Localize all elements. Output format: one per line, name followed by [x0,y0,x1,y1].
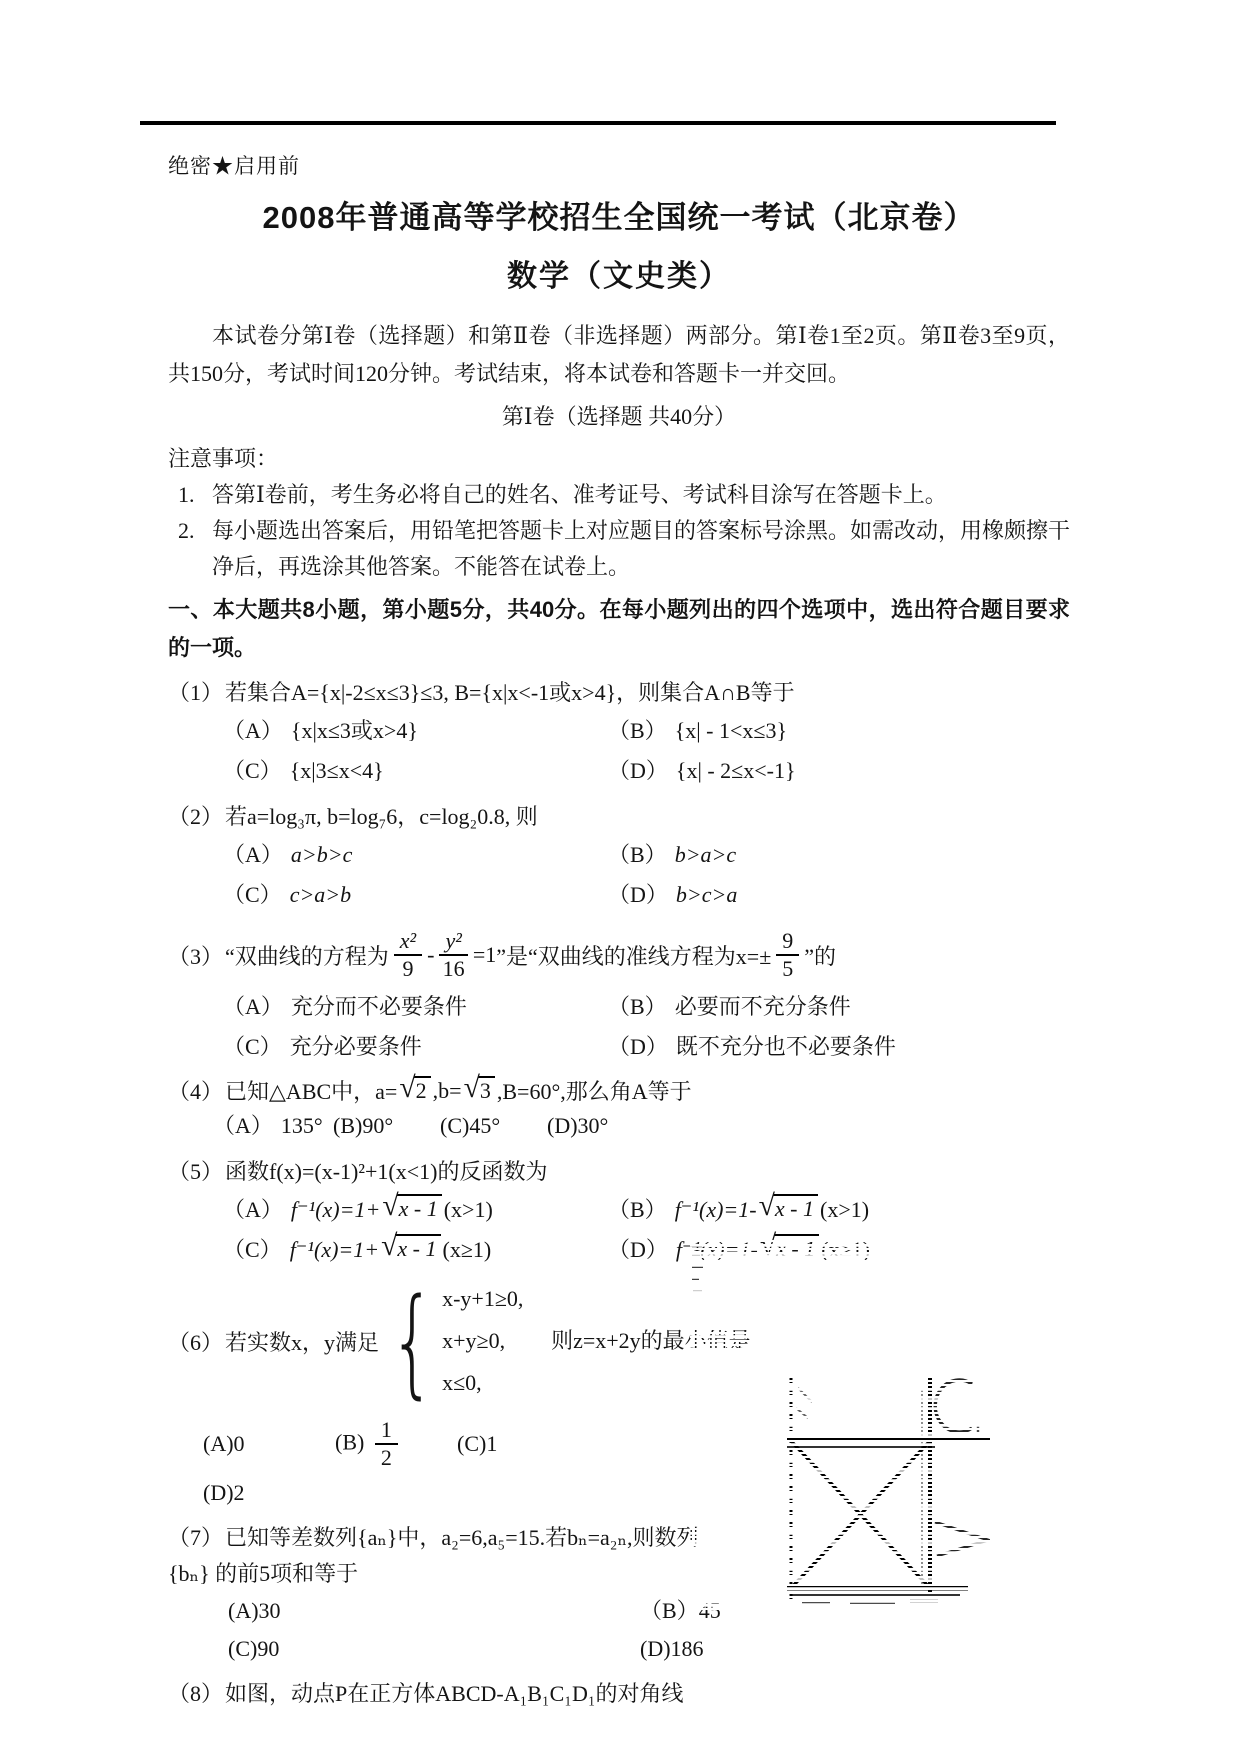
page-subtitle: 数学（文史类） [168,251,1070,295]
page-title: 2008年普通高等学校招生全国统一考试（北京卷） [168,192,1070,237]
system-brace: { [389,1282,436,1400]
question-5-stem: （5）函数f(x)=(x-1)²+1(x<1)的反函数为 [168,1154,1070,1190]
question-2: （2）若a=log₃π, b=log₇6，c=log₂0.8, 则 （A）a>b… [168,799,1070,915]
option-label: （C） [223,758,282,783]
option-label: (C) [228,1636,257,1661]
question-1-options: （A）{x|x≤3或x>4} （B）{x| - 1<x≤3} （C）{x|3≤x… [223,711,1070,791]
note-item-2: 2. 每小题选出答案后，用铅笔把答题卡上对应题目的答案标号涂黑。如需改动，用橡颇… [168,513,1070,585]
sqrt-3: √3 [464,1076,495,1106]
option-c: （C）{x|3≤x<4} [223,751,608,791]
option-c: （C）c>a>b [223,875,608,915]
option-b: (B)90° [333,1106,440,1146]
option-label: (B) [335,1429,364,1454]
option-label: (C) [457,1431,486,1456]
option-text: {x|x≤3或x>4} [291,718,418,743]
option-a: （A）{x|x≤3或x>4} [223,711,608,751]
exam-page: 绝密★启用前 2008年普通高等学校招生全国统一考试（北京卷） 数学（文史类） … [0,0,1241,1754]
option-label: （D） [608,1237,668,1262]
option-label: （C） [223,882,282,907]
option-a: （A）f⁻¹(x)=1+√x - 1(x>1) [223,1190,608,1230]
note-number: 1. [168,477,212,513]
option-text: c>a>b [290,882,351,907]
stem-text: 如图，动点P在正方体ABCD-A₁B₁C₁D₁的对角线 [225,1681,684,1706]
question-2-stem: （2）若a=log₃π, b=log₇6，c=log₂0.8, 则 [168,799,1070,835]
option-text: b>c>a [676,882,737,907]
stem-text: ,b= [433,1078,462,1104]
option-text: 30° [578,1113,609,1138]
question-number: （2） [168,804,223,829]
stem-text: 已知△ABC中，a= [225,1075,397,1106]
option-text: 135° [281,1113,323,1138]
stem-text: ,B=60°,那么角A等于 [497,1075,692,1106]
option-text: 30 [259,1598,281,1623]
fraction-9-5: 95 [776,928,799,983]
option-label: （B） [608,1197,667,1222]
question-4: （4） 已知△ABC中，a= √2 ,b= √3 ,B=60°,那么角A等于 （… [168,1075,1070,1146]
option-label: (D) [547,1113,578,1138]
note-number: 2. [168,513,212,585]
stem-text: ”的 [804,940,836,971]
option-label: （B） [608,994,667,1019]
fraction-x2-9: x²9 [394,928,422,983]
option-label: (D) [203,1480,234,1505]
question-8-stem: （8）如图，动点P在正方体ABCD-A₁B₁C₁D₁的对角线 [168,1676,1070,1712]
intro-paragraph: 本试卷分第Ⅰ卷（选择题）和第Ⅱ卷（非选择题）两部分。第Ⅰ卷1至2页。第Ⅱ卷3至9… [168,317,1070,393]
question-number: （4） [168,1075,223,1106]
option-label: （A） [223,994,283,1019]
option-b: （B）{x| - 1<x≤3} [608,711,1070,751]
question-3: （3） “双曲线的方程为 x²9 - y²16 =1 ”是“双曲线的准线方程为x… [168,923,1070,1067]
option-text: {x| - 2≤x<-1} [676,758,796,783]
option-label: (A) [203,1431,234,1456]
question-3-options: （A）充分而不必要条件 （B）必要而不充分条件 （C）充分必要条件 （D）既不充… [223,987,1070,1067]
stem-text: 若实数x，y满足 [225,1326,379,1357]
stem-text: 已知等差数列{aₙ}中，a₂=6,a₅=15.若bₙ=a₂ₙ,则数列 [225,1525,698,1550]
notes-title: 注意事项： [168,441,1070,477]
option-label: （D） [608,882,668,907]
option-b: （B）必要而不充分条件 [608,987,1070,1027]
question-number: （8） [168,1681,223,1706]
option-text: 90 [257,1636,279,1661]
question-number: （5） [168,1159,223,1184]
option-text: {x|3≤x<4} [290,758,384,783]
option-label: (A) [228,1598,259,1623]
option-text: 既不充分也不必要条件 [676,1034,896,1059]
option-c: (C)90 [228,1630,640,1668]
option-label: （A） [213,1113,273,1138]
question-number: （3） [168,940,223,971]
option-d: （D）b>c>a [608,875,1070,915]
option-label: （C） [223,1034,282,1059]
option-text: 2 [234,1480,245,1505]
option-d: （D）既不充分也不必要条件 [608,1027,1070,1067]
fraction-y2-16: y²16 [439,928,467,983]
scanline-overlay-2 [690,1238,990,1610]
option-text: 0 [234,1431,245,1456]
option-label: (D) [640,1636,671,1661]
equals-one: =1 [473,942,496,968]
option-label: （A） [223,842,283,867]
question-number: （1） [168,680,223,705]
option-text: 1 [486,1431,497,1456]
option-label: （A） [223,1197,283,1222]
option-c: （C）充分必要条件 [223,1027,608,1067]
note-item-1: 1. 答第Ⅰ卷前，考生务必将自己的姓名、准考证号、考试科目涂写在答题卡上。 [168,477,1070,513]
question-4-stem: （4） 已知△ABC中，a= √2 ,b= √3 ,B=60°,那么角A等于 [168,1075,1070,1106]
question-number: （6） [168,1326,223,1357]
option-text: 186 [671,1636,704,1661]
header-rule [140,121,1056,125]
option-text: {x| - 1<x≤3} [675,718,787,743]
option-d: (D)30° [547,1106,1070,1146]
classification-label: 绝密★启用前 [168,150,1070,180]
question-4-options: （A）135° (B)90° (C)45° (D)30° [213,1106,1070,1146]
question-3-stem: （3） “双曲线的方程为 x²9 - y²16 =1 ”是“双曲线的准线方程为x… [168,923,1070,987]
question-number: （7） [168,1525,223,1550]
option-text: b>a>c [675,842,736,867]
option-text: 充分必要条件 [290,1034,422,1059]
option-a: （A）135° [213,1106,333,1146]
option-label: （A） [223,718,283,743]
option-text: 90° [362,1113,393,1138]
sqrt-x-minus-1: √x - 1 [381,1234,440,1264]
option-label: （C） [223,1237,282,1262]
section-1-heading: 一、本大题共8小题，第小题5分，共40分。在每小题列出的四个选项中，选出符合题目… [168,591,1070,667]
option-b: (B) 12 [335,1417,457,1472]
option-a: (A)0 [203,1431,335,1457]
minus-sign: - [427,942,434,968]
fraction-1-2: 12 [375,1417,398,1472]
sqrt-x-minus-1: √x - 1 [759,1194,818,1224]
sqrt-x-minus-1: √x - 1 [382,1194,441,1224]
cube-figure-glitched [690,1238,990,1610]
option-label: （B） [608,718,667,743]
question-1-stem: （1）若集合A={x|-2≤x≤3}≤3, B={x|x<-1或x>4}，则集合… [168,675,1070,711]
stem-text: 若集合A={x|-2≤x≤3}≤3, B={x|x<-1或x>4}，则集合A∩B… [225,680,795,705]
option-label: （B） [608,842,667,867]
question-2-options: （A）a>b>c （B）b>a>c （C）c>a>b （D）b>c>a [223,835,1070,915]
option-d: (D)186 [640,1630,1070,1668]
option-label: (C) [440,1113,469,1138]
option-d: （D）{x| - 2≤x<-1} [608,751,1070,791]
option-text: 45° [469,1113,500,1138]
option-label: （D） [608,758,668,783]
option-label: (B) [333,1113,362,1138]
option-text: a>b>c [291,842,352,867]
option-text: 充分而不必要条件 [291,994,467,1019]
option-b: （B）b>a>c [608,835,1070,875]
question-1: （1）若集合A={x|-2≤x≤3}≤3, B={x|x<-1或x>4}，则集合… [168,675,1070,791]
part1-heading: 第Ⅰ卷（选择题 共40分） [168,399,1070,435]
option-c: (C)45° [440,1106,547,1146]
stem-text: 若a=log₃π, b=log₇6，c=log₂0.8, 则 [225,804,538,829]
option-label: （D） [608,1034,668,1059]
note-text: 答第Ⅰ卷前，考生务必将自己的姓名、准考证号、考试科目涂写在答题卡上。 [212,477,1070,513]
question-8: （8）如图，动点P在正方体ABCD-A₁B₁C₁D₁的对角线 [168,1676,1070,1712]
sqrt-2: √2 [399,1076,430,1106]
option-a: （A）充分而不必要条件 [223,987,608,1027]
option-c: （C）f⁻¹(x)=1+√x - 1(x≥1) [223,1230,608,1270]
option-a: (A)30 [228,1592,640,1630]
stem-text: “双曲线的方程为 [225,940,389,971]
stem-text: ”是“双曲线的准线方程为x=± [496,940,771,971]
option-text: 必要而不充分条件 [675,994,851,1019]
note-text: 每小题选出答案后，用铅笔把答题卡上对应题目的答案标号涂黑。如需改动，用橡颇擦干净… [212,513,1070,585]
option-a: （A）a>b>c [223,835,608,875]
stem-text: 函数f(x)=(x-1)²+1(x<1)的反函数为 [225,1159,547,1184]
option-b: （B）f⁻¹(x)=1-√x - 1(x>1) [608,1190,1070,1230]
